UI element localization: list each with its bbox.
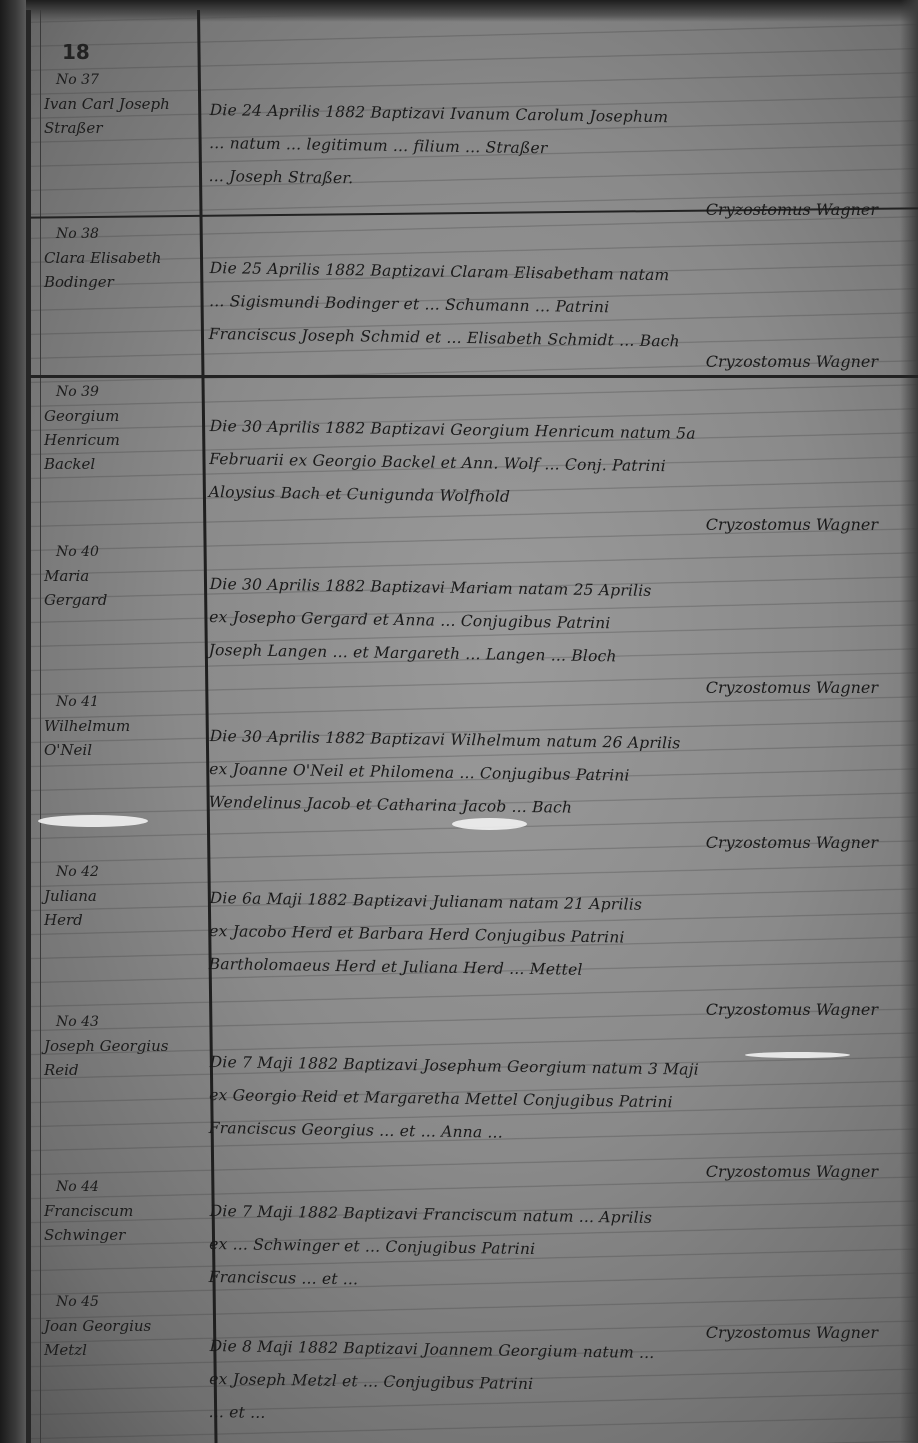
entry-margin: No 42 Juliana Herd <box>44 860 194 932</box>
entry-text: Die 30 Aprilis 1882 Baptizavi Mariam nat… <box>208 568 869 677</box>
child-name: Joseph Georgius <box>44 1034 194 1058</box>
child-name: Clara Elisabeth <box>44 246 194 270</box>
priest-signature: Cryzostomus Wagner <box>706 833 878 852</box>
family-name: Backel <box>44 452 194 476</box>
entry-margin: No 38 Clara Elisabeth Bodinger <box>44 222 194 294</box>
entry-number: No 42 <box>44 860 194 884</box>
entry-number: No 41 <box>44 690 194 714</box>
entry-text: Die 7 Maji 1882 Baptizavi Franciscum nat… <box>208 1195 869 1304</box>
paper-damage-mark <box>38 815 148 827</box>
entry-separator <box>30 375 918 378</box>
left-margin-thin-rule <box>40 10 41 1443</box>
entry-number: No 45 <box>44 1290 194 1314</box>
entry-number: No 44 <box>44 1175 194 1199</box>
left-margin-rule <box>26 10 31 1443</box>
priest-signature: Cryzostomus Wagner <box>706 515 878 534</box>
entry-text: Die 7 Maji 1882 Baptizavi Josephum Georg… <box>208 1046 869 1155</box>
family-name: Straßer <box>44 116 194 140</box>
child-name: Juliana <box>44 884 194 908</box>
priest-signature: Cryzostomus Wagner <box>706 200 878 219</box>
entry-text: Die 6a Maji 1882 Baptizavi Julianam nata… <box>208 882 869 991</box>
page-top-shadow <box>0 0 918 22</box>
family-name: Metzl <box>44 1338 194 1362</box>
entry-text: Die 30 Aprilis 1882 Baptizavi Wilhelmum … <box>208 720 869 829</box>
child-name: Franciscum <box>44 1199 194 1223</box>
entry-margin: No 43 Joseph Georgius Reid <box>44 1010 194 1082</box>
entry-margin: No 44 Franciscum Schwinger <box>44 1175 194 1247</box>
entry-text: Die 24 Aprilis 1882 Baptizavi Ivanum Car… <box>208 94 869 203</box>
family-name: Reid <box>44 1058 194 1082</box>
entry-number: No 37 <box>44 68 194 92</box>
child-name: Ivan Carl Joseph <box>44 92 194 116</box>
entry-margin: No 40 Maria Gergard <box>44 540 194 612</box>
child-name: Joan Georgius <box>44 1314 194 1338</box>
child-name: Wilhelmum <box>44 714 194 738</box>
family-name: O'Neil <box>44 738 194 762</box>
family-name: Bodinger <box>44 270 194 294</box>
priest-signature: Cryzostomus Wagner <box>706 1162 878 1181</box>
family-name: Herd <box>44 908 194 932</box>
entry-number: No 38 <box>44 222 194 246</box>
priest-signature: Cryzostomus Wagner <box>706 678 878 697</box>
priest-signature: Cryzostomus Wagner <box>706 1000 878 1019</box>
entry-number: No 40 <box>44 540 194 564</box>
child-name: Maria <box>44 564 194 588</box>
entry-number: No 43 <box>44 1010 194 1034</box>
priest-signature: Cryzostomus Wagner <box>706 352 878 371</box>
child-name: Georgium Henricum <box>44 404 194 452</box>
entry-margin: No 41 Wilhelmum O'Neil <box>44 690 194 762</box>
page-number: 18 <box>62 40 90 64</box>
entry-text: Die 30 Aprilis 1882 Baptizavi Georgium H… <box>208 410 869 519</box>
page-right-edge <box>900 0 918 1443</box>
family-name: Gergard <box>44 588 194 612</box>
entry-margin: No 39 Georgium Henricum Backel <box>44 380 194 476</box>
book-binding-edge <box>0 0 26 1443</box>
entry-margin: No 37 Ivan Carl Joseph Straßer <box>44 68 194 140</box>
entry-text: Die 25 Aprilis 1882 Baptizavi Claram Eli… <box>208 252 869 361</box>
family-name: Schwinger <box>44 1223 194 1247</box>
entry-margin: No 45 Joan Georgius Metzl <box>44 1290 194 1362</box>
entry-text: Die 8 Maji 1882 Baptizavi Joannem Georgi… <box>208 1330 869 1439</box>
entry-number: No 39 <box>44 380 194 404</box>
